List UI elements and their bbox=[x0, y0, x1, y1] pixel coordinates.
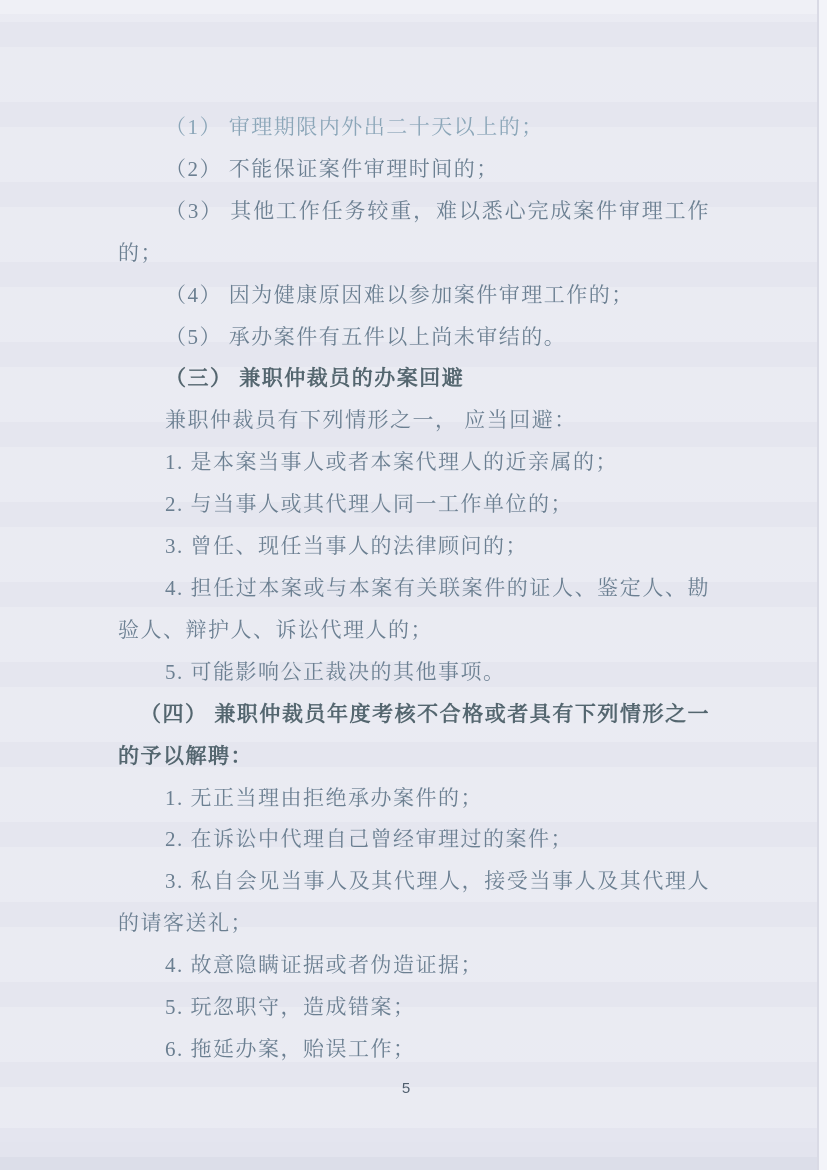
scan-edge-right-outside bbox=[819, 0, 827, 1170]
text-line: 1. 是本案当事人或者本案代理人的近亲属的； bbox=[118, 442, 710, 484]
text-line: 1. 无正当理由拒绝承办案件的； bbox=[118, 778, 710, 820]
document-page: （1） 审理期限内外出二十天以上的；（2） 不能保证案件审理时间的；（3） 其他… bbox=[0, 0, 827, 1170]
text-line: 4. 故意隐瞒证据或者伪造证据； bbox=[118, 945, 710, 987]
text-line: （三） 兼职仲裁员的办案回避 bbox=[118, 358, 710, 400]
text-line: 4. 担任过本案或与本案有关联案件的证人、鉴定人、勘 bbox=[118, 568, 710, 610]
text-line: 2. 与当事人或其代理人同一工作单位的； bbox=[118, 484, 710, 526]
text-line: 5. 玩忽职守，造成错案； bbox=[118, 987, 710, 1029]
text-line: （四） 兼职仲裁员年度考核不合格或者具有下列情形之一 bbox=[118, 694, 710, 736]
text-line: 5. 可能影响公正裁决的其他事项。 bbox=[118, 652, 710, 694]
document-body: （1） 审理期限内外出二十天以上的；（2） 不能保证案件审理时间的；（3） 其他… bbox=[118, 107, 710, 1071]
text-line: 的； bbox=[118, 233, 710, 275]
scan-band-bottom bbox=[0, 1128, 817, 1158]
scan-bottom-strip bbox=[0, 1157, 817, 1170]
text-line: 的予以解聘： bbox=[118, 736, 710, 778]
text-line: 3. 曾任、现任当事人的法律顾问的； bbox=[118, 526, 710, 568]
text-line: （5） 承办案件有五件以上尚未审结的。 bbox=[118, 317, 710, 359]
text-line: 2. 在诉讼中代理自己曾经审理过的案件； bbox=[118, 819, 710, 861]
text-line: 兼职仲裁员有下列情形之一， 应当回避： bbox=[118, 400, 710, 442]
text-line: 的请客送礼； bbox=[118, 903, 710, 945]
text-line: 6. 拖延办案，贻误工作； bbox=[118, 1029, 710, 1071]
text-line: （3） 其他工作任务较重，难以悉心完成案件审理工作 bbox=[118, 191, 710, 233]
text-line: （2） 不能保证案件审理时间的； bbox=[118, 149, 710, 191]
text-line: （4） 因为健康原因难以参加案件审理工作的； bbox=[118, 275, 710, 317]
scan-edge-right-line bbox=[817, 0, 819, 1170]
text-line: （1） 审理期限内外出二十天以上的； bbox=[118, 107, 710, 149]
scan-band-top bbox=[0, 0, 817, 14]
text-line: 3. 私自会见当事人及其代理人，接受当事人及其代理人 bbox=[118, 861, 710, 903]
text-line: 验人、辩护人、诉讼代理人的； bbox=[118, 610, 710, 652]
page-number: 5 bbox=[0, 1080, 812, 1097]
